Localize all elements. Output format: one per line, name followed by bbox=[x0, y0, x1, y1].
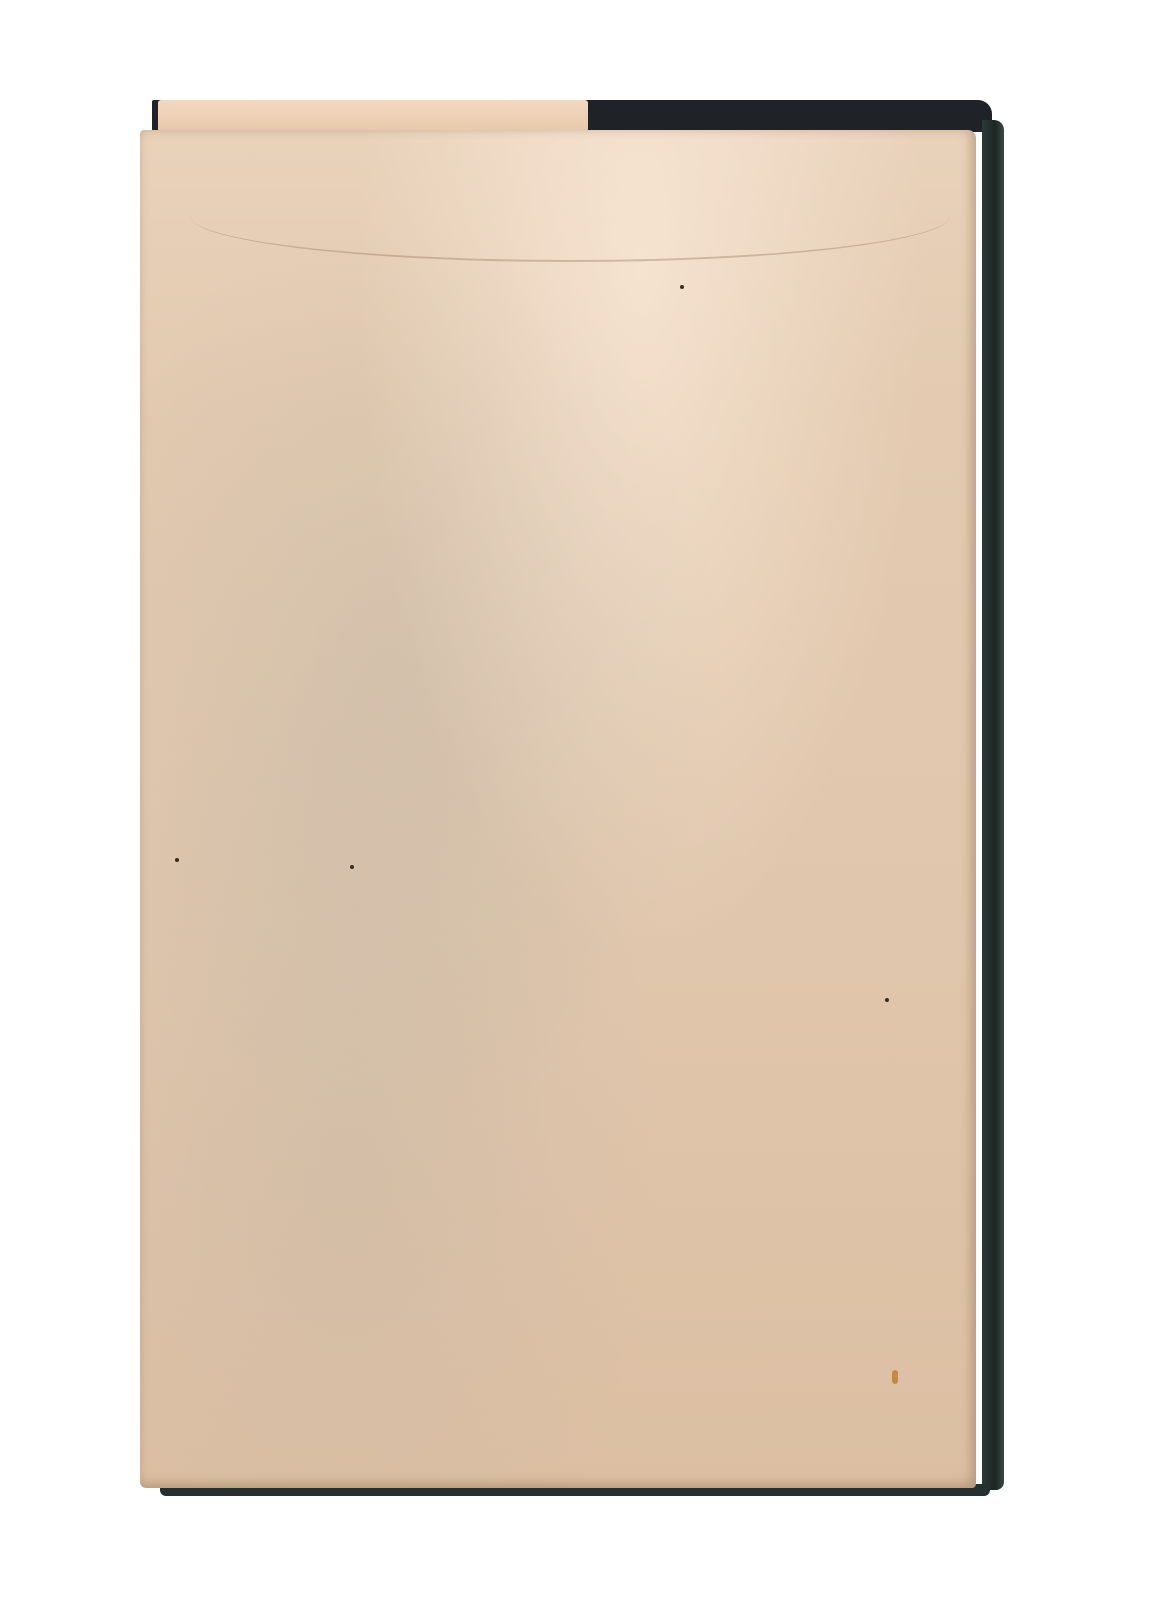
spot bbox=[885, 998, 889, 1002]
spot bbox=[175, 858, 179, 862]
dust-jacket-torn-flap bbox=[158, 100, 588, 132]
dust-jacket-back-cover bbox=[140, 130, 976, 1488]
stain bbox=[892, 1370, 898, 1384]
jacket-crease bbox=[190, 170, 950, 262]
book-spine-edge bbox=[982, 120, 1004, 1490]
spot bbox=[680, 285, 684, 289]
spot bbox=[350, 865, 354, 869]
book bbox=[152, 100, 992, 1490]
